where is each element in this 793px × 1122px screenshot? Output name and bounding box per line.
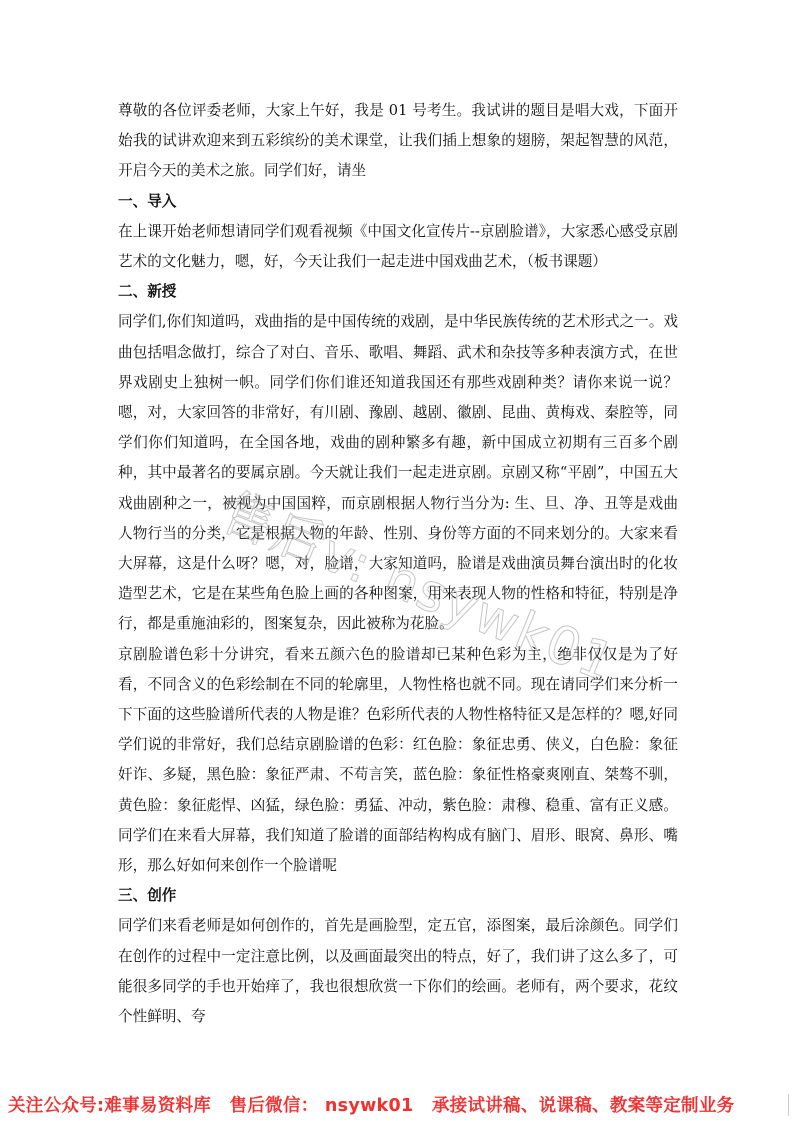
section-new-teaching-paragraph-2: 京剧脸谱色彩十分讲究，看来五颜六色的脸谱却已某种色彩为主，绝非仅仅是为了好看，不… <box>118 640 678 882</box>
footer-follow-account: 关注公众号:难事易资料库 <box>8 1096 211 1116</box>
section-creation-paragraph: 同学们来看老师是如何创作的，首先是画脸型，定五官，添图案，最后涂颜色。同学们在创… <box>118 911 678 1032</box>
section-heading-intro: 一、导入 <box>118 187 678 217</box>
section-new-teaching-paragraph-1: 同学们,你们知道吗，戏曲指的是中国传统的戏剧，是中华民族传统的艺术形式之一。戏曲… <box>118 307 678 639</box>
section-heading-new-teaching: 二、新授 <box>118 277 678 307</box>
footer-services: 承接试讲稿、说课稿、教案等定制业务 <box>432 1096 735 1116</box>
intro-paragraph: 尊敬的各位评委老师，大家上午好，我是 01 号考生。我试讲的题目是唱大戏，下面开… <box>118 96 678 187</box>
section-intro-paragraph: 在上课开始老师想请同学们观看视频《中国文化宣传片--京剧脸谱》，大家悉心感受京剧… <box>118 217 678 277</box>
document-page: 尊敬的各位评委老师，大家上午好，我是 01 号考生。我试讲的题目是唱大戏，下面开… <box>118 96 678 1032</box>
footer-divider <box>788 1094 789 1116</box>
footer-banner: 关注公众号:难事易资料库 售后微信： nsywk01 承接试讲稿、说课稿、教案等… <box>0 1092 793 1122</box>
section-heading-creation: 三、创作 <box>118 881 678 911</box>
footer-wechat: 售后微信： nsywk01 <box>230 1096 414 1116</box>
